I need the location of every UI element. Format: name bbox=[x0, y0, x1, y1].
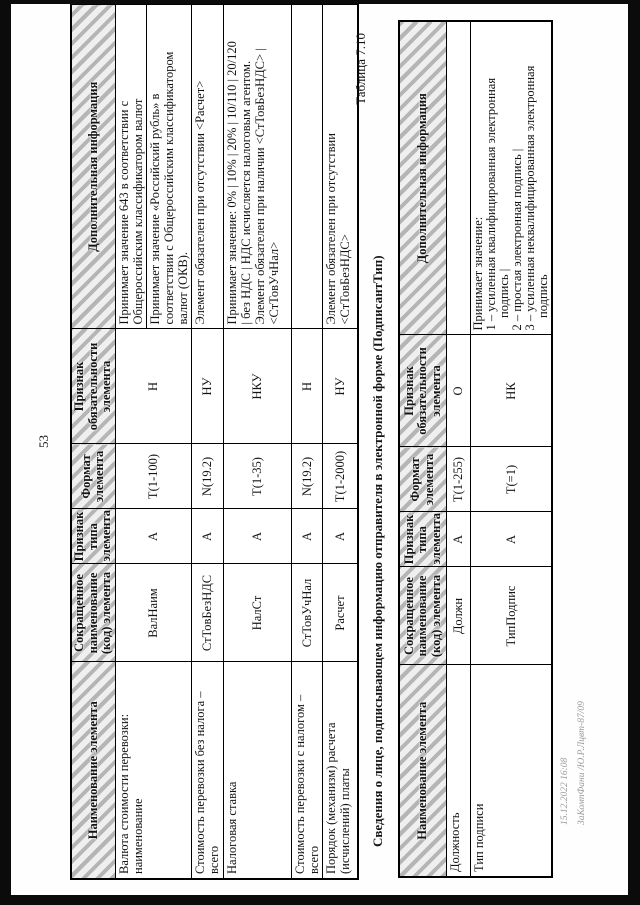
scan-edge-right bbox=[0, 0, 640, 4]
element-type: А bbox=[223, 509, 291, 564]
element-table-transport-cost: Наименование элемента Сокращенное наимен… bbox=[70, 3, 359, 880]
element-info-part: Принимает значение «Российский рубль» в … bbox=[146, 5, 191, 329]
column-header-format: Формат элемента bbox=[71, 444, 115, 509]
element-mandatory: НК bbox=[470, 335, 552, 447]
element-info: Элемент обязателен при отсутствии <Расче… bbox=[191, 4, 223, 329]
element-mandatory: НКУ bbox=[223, 329, 291, 444]
element-code: СтТовБезНДС bbox=[191, 564, 223, 662]
element-type: А bbox=[291, 509, 322, 564]
element-type: А bbox=[191, 509, 223, 564]
section-caption: Сведения о лице, подписывающем информаци… bbox=[370, 255, 386, 847]
element-format: Т(1-100) bbox=[115, 444, 191, 509]
element-type: А bbox=[470, 512, 552, 567]
table-row: Налоговая ставка НалСт А Т(1-35) НКУ При… bbox=[223, 4, 291, 879]
element-format: Т(1-35) bbox=[223, 444, 291, 509]
element-format: N(19.2) bbox=[291, 444, 322, 509]
element-code: НалСт bbox=[223, 564, 291, 662]
column-header-mandatory: Признак обязательности элемента bbox=[399, 335, 446, 447]
table-number-label: Таблица 7.10 bbox=[353, 33, 369, 905]
element-info-part: Принимает значение 643 в соответствии с … bbox=[116, 5, 146, 329]
column-header-type: Признак типа элемента bbox=[71, 509, 115, 564]
column-header-mandatory: Признак обязательности элемента bbox=[71, 329, 115, 444]
scan-timestamp-stamp: 15.12.2022 16:08 ЗаКомпФани /Ю.Р.Лцвт-87… bbox=[557, 701, 591, 825]
element-name: Стоимость перевозки без налога – всего bbox=[191, 662, 223, 879]
element-code: ТипПодпис bbox=[470, 567, 552, 665]
column-header-name: Наименование элемента bbox=[399, 665, 446, 877]
scanned-document-page: { "page": { "number": "53", "table_label… bbox=[0, 0, 640, 905]
column-header-format: Формат элемента bbox=[399, 447, 446, 512]
element-name: Валюта стоимости перевозки: наименование bbox=[115, 662, 191, 879]
element-info bbox=[446, 21, 470, 335]
scan-edge-bottom bbox=[628, 0, 640, 905]
column-header-info: Дополнительная информация bbox=[71, 4, 115, 329]
element-table-signer: Наименование элемента Сокращенное наимен… bbox=[398, 20, 553, 878]
element-info: Принимает значение: 1 – усиленная квалиф… bbox=[470, 21, 552, 335]
column-header-type: Признак типа элемента bbox=[399, 512, 446, 567]
rotated-page: 53 Наименование элемента Сокращенное наи… bbox=[0, 0, 640, 905]
element-mandatory: НУ bbox=[191, 329, 223, 444]
table-row: Тип подписи ТипПодпис А Т(=1) НК Принима… bbox=[470, 21, 552, 877]
table-header-row: Наименование элемента Сокращенное наимен… bbox=[399, 21, 446, 877]
element-info bbox=[291, 4, 322, 329]
scan-timestamp-line: 15.12.2022 16:08 bbox=[557, 701, 574, 825]
element-name: Стоимость перевозки с налогом – всего bbox=[291, 662, 322, 879]
column-header-code: Сокращенное наименование (код) элемента bbox=[399, 567, 446, 665]
table-row: Валюта стоимости перевозки: наименование… bbox=[115, 4, 191, 879]
element-mandatory: О bbox=[446, 335, 470, 447]
element-format: N(19.2) bbox=[191, 444, 223, 509]
element-type: А bbox=[446, 512, 470, 567]
element-mandatory: Н bbox=[115, 329, 191, 444]
table-row: Стоимость перевозки без налога – всего С… bbox=[191, 4, 223, 879]
column-header-name: Наименование элемента bbox=[71, 662, 115, 879]
element-info: Принимает значение: 0% | 10% | 20% | 10/… bbox=[223, 4, 291, 329]
table-row: Должность Должн А Т(1-255) О bbox=[446, 21, 470, 877]
element-mandatory: Н bbox=[291, 329, 322, 444]
element-format: Т(1-255) bbox=[446, 447, 470, 512]
column-header-info: Дополнительная информация bbox=[399, 21, 446, 335]
scan-id-line: ЗаКомпФани /Ю.Р.Лцвт-87/09 bbox=[574, 701, 591, 825]
element-code: ВалНаим bbox=[115, 564, 191, 662]
scan-edge-top bbox=[0, 0, 11, 905]
element-name: Должность bbox=[446, 665, 470, 877]
element-name: Тип подписи bbox=[470, 665, 552, 877]
element-info: Принимает значение 643 в соответствии с … bbox=[115, 4, 191, 329]
element-name: Налоговая ставка bbox=[223, 662, 291, 879]
element-code: СтТовУчНал bbox=[291, 564, 322, 662]
table-row: Стоимость перевозки с налогом – всего Ст… bbox=[291, 4, 322, 879]
scan-edge-left bbox=[0, 895, 640, 905]
table-header-row: Наименование элемента Сокращенное наимен… bbox=[71, 4, 115, 879]
page-number: 53 bbox=[36, 435, 52, 448]
column-header-code: Сокращенное наименование (код) элемента bbox=[71, 564, 115, 662]
element-code: Должн bbox=[446, 567, 470, 665]
element-type: А bbox=[115, 509, 191, 564]
element-format: Т(=1) bbox=[470, 447, 552, 512]
